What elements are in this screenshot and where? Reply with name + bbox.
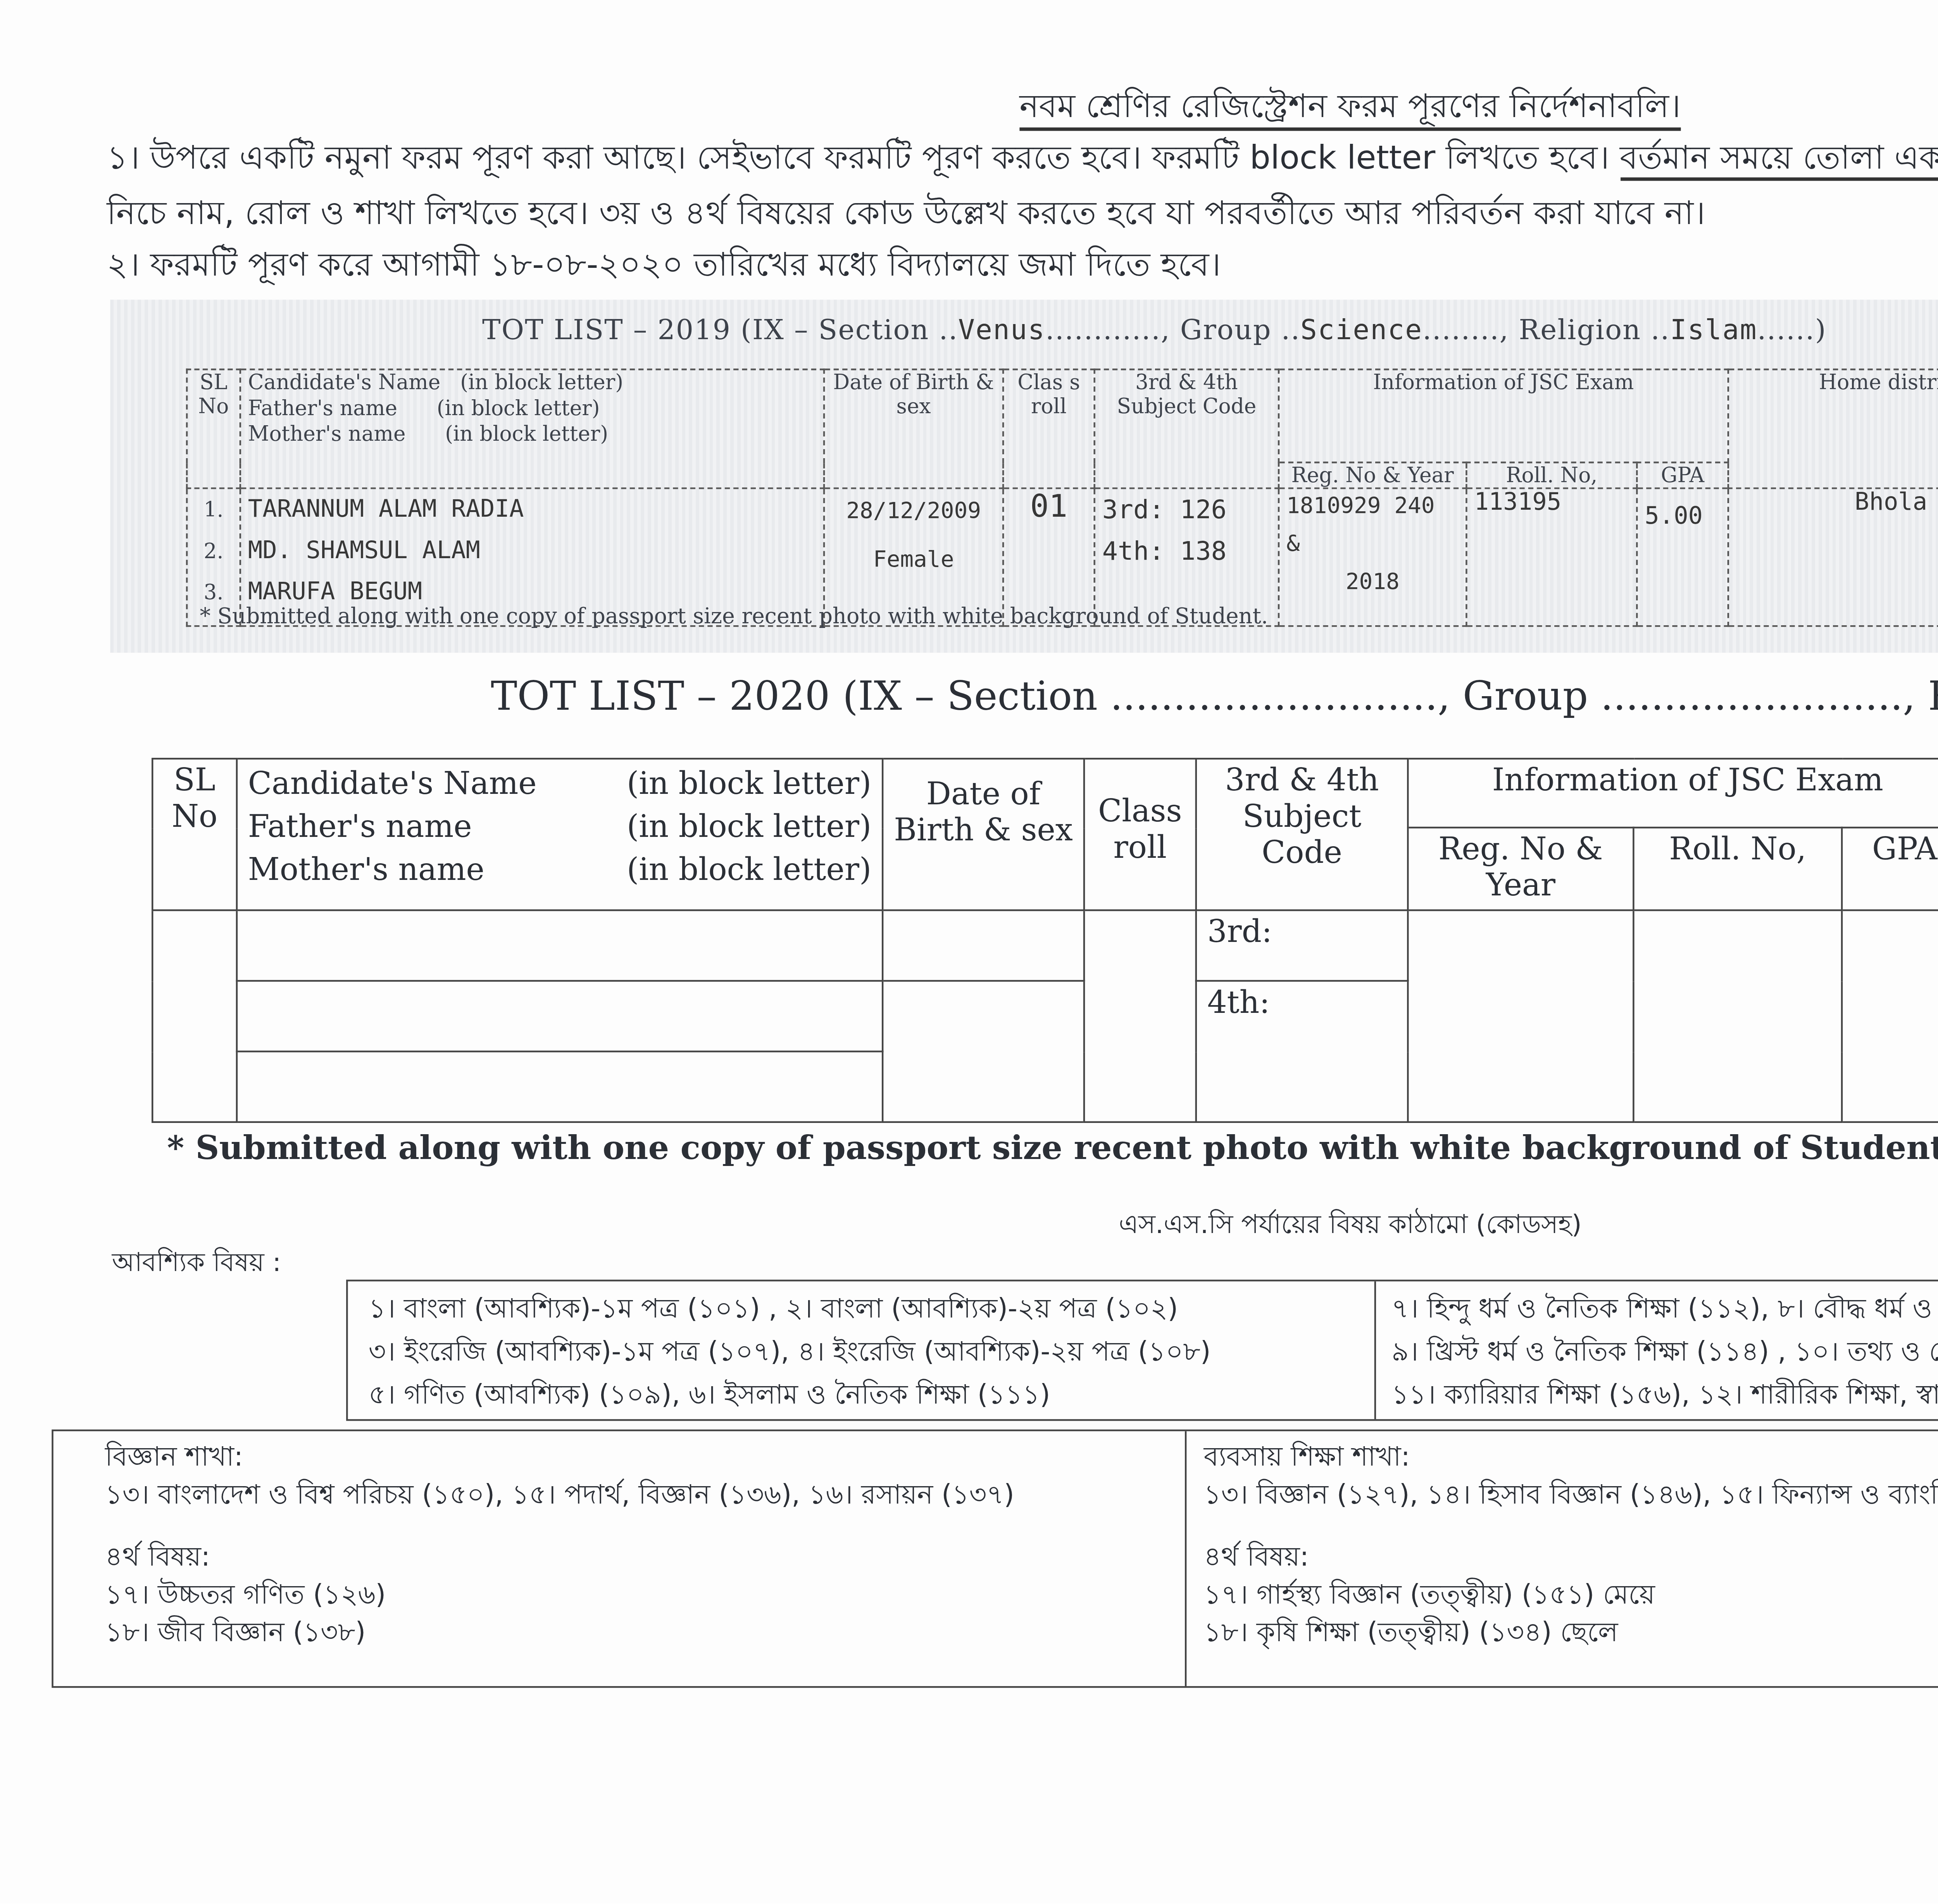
ssc-structure-title: এস.এস.সি পর্যায়ের বিষয় কাঠামো (কোডসহ) bbox=[0, 1206, 1938, 1249]
branch-subjects-box: বিজ্ঞান শাখা: ১৩। বাংলাদেশ ও বিশ্ব পরিচয… bbox=[52, 1430, 1938, 1688]
subject-line: ১১। ক্যারিয়ার শিক্ষা (১৫৬), ১২। শারীরিক… bbox=[1391, 1375, 1938, 1418]
jsc-roll-value: 113195 bbox=[1466, 488, 1637, 626]
col-jsc: Information of JSC Exam bbox=[1408, 759, 1938, 828]
sample-table: SL No Candidate's Name (in block letter)… bbox=[186, 369, 1938, 627]
business-branch-label: ব্যবসায় শিক্ষা শাখা: bbox=[1204, 1438, 1938, 1476]
column-divider bbox=[1374, 1281, 1376, 1419]
business-fourth-label: ৪র্থ বিষয়: bbox=[1204, 1538, 1938, 1576]
section-value: Venus bbox=[958, 314, 1045, 346]
gpa-input[interactable] bbox=[1842, 910, 1938, 1122]
fourth-subject-value: 4th: 138 bbox=[1102, 531, 1271, 572]
candidate-name: TARANNUM ALAM RADIA bbox=[248, 489, 816, 531]
col-note: (in block letter) bbox=[627, 849, 871, 892]
document-page: নবম শ্রেণির রেজিস্ট্রেশন ফরম পূরণের নির্… bbox=[0, 0, 1938, 1903]
compulsory-label: আবশ্যিক বিষয় : bbox=[112, 1243, 281, 1287]
reg-input[interactable] bbox=[1408, 910, 1633, 1122]
science-branch: বিজ্ঞান শাখা: ১৩। বাংলাদেশ ও বিশ্ব পরিচয… bbox=[105, 1438, 1014, 1652]
fourth-subject-input[interactable]: 4th: bbox=[1196, 981, 1408, 1122]
sex-input[interactable] bbox=[883, 981, 1084, 1122]
father-name-input[interactable] bbox=[237, 981, 883, 1051]
col-note: (in block letter) bbox=[627, 763, 871, 806]
subject-line: ১৮। কৃষি শিক্ষা (তত্ত্বীয়) (১৩৪) ছেলে bbox=[1204, 1614, 1938, 1652]
sample-footnote: * Submitted along with one copy of passp… bbox=[200, 603, 1268, 629]
col-district: Home district bbox=[1728, 369, 1938, 488]
group-value: Science bbox=[1300, 314, 1422, 346]
subject-line: ১৭। গার্হস্থ্য বিজ্ঞান (তত্ত্বীয়) (১৫১)… bbox=[1204, 1576, 1938, 1614]
third-subject-input[interactable]: 3rd: bbox=[1196, 910, 1408, 981]
district-value: Bhola bbox=[1728, 488, 1938, 626]
science-branch-label: বিজ্ঞান শাখা: bbox=[105, 1438, 1014, 1476]
form-2020-header: TOT LIST – 2020 (IX – Section ..........… bbox=[491, 675, 1938, 720]
instruction-line-2: নিচে নাম, রোল ও শাখা লিখতে হবে। ৩য় ও ৪র… bbox=[107, 188, 1705, 241]
col-gpa: GPA bbox=[1842, 828, 1938, 910]
col-dob: Date of Birth & sex bbox=[883, 759, 1084, 910]
col-gpa: GPA bbox=[1637, 462, 1728, 488]
instruction-line-1: ১। উপরে একটি নমুনা ফরম পূরণ করা আছে। সেই… bbox=[107, 133, 1938, 186]
row-num: 1. bbox=[195, 489, 233, 531]
subject-line: ৯। খ্রিস্ট ধর্ম ও নৈতিক শিক্ষা (১১৪) , ১… bbox=[1391, 1331, 1938, 1375]
religion-value: Islam bbox=[1670, 314, 1757, 346]
subject-line: ১। বাংলা (আবশ্যিক)-১ম পত্র (১০১) , ২। বা… bbox=[369, 1288, 1211, 1331]
candidate-name-input[interactable] bbox=[237, 910, 883, 981]
header-text: ............, Group .. bbox=[1045, 314, 1300, 346]
header-text: ........, Religion .. bbox=[1422, 314, 1670, 346]
col-dob: Date of Birth & sex bbox=[824, 369, 1003, 488]
instruction-line-3: ২। ফরমটি পূরণ করে আগামী ১৮-০৮-২০২০ তারিখ… bbox=[107, 240, 1221, 293]
reg-value: 1810929 240 & bbox=[1286, 489, 1459, 565]
compulsory-left-column: ১। বাংলা (আবশ্যিক)-১ম পত্র (১০১) , ২। বা… bbox=[369, 1288, 1211, 1418]
title-text: নবম শ্রেণির রেজিস্ট্রেশন ফরম পূরণের নির্… bbox=[1019, 88, 1681, 131]
column-divider bbox=[1185, 1431, 1186, 1686]
mother-name-input[interactable] bbox=[237, 1052, 883, 1122]
instruction-underlined: বর্তমান সময়ে তোলা এক (১) কপি ছবি দিতে হ… bbox=[1620, 140, 1938, 181]
subject-line: ১৭। উচ্চতর গণিত (১২৬) bbox=[105, 1576, 1014, 1614]
page-title: নবম শ্রেণির রেজিস্ট্রেশন ফরম পূরণের নির্… bbox=[0, 83, 1938, 138]
dob-input[interactable] bbox=[883, 910, 1084, 981]
col-subject: 3rd & 4th Subject Code bbox=[1196, 759, 1408, 910]
col-jsc: Information of JSC Exam bbox=[1279, 369, 1728, 462]
business-branch: ব্যবসায় শিক্ষা শাখা: ১৩। বিজ্ঞান (১২৭),… bbox=[1204, 1438, 1938, 1652]
sex-value: Female bbox=[832, 537, 995, 585]
col-sl: SL No bbox=[152, 759, 237, 910]
col-subject: 3rd & 4th Subject Code bbox=[1095, 369, 1279, 488]
col-reg: Reg. No & Year bbox=[1279, 462, 1466, 488]
col-name-mother: Mother's name (in block letter) bbox=[248, 422, 816, 448]
science-subjects: ১৩। বাংলাদেশ ও বিশ্ব পরিচয় (১৫০), ১৫। প… bbox=[105, 1476, 1014, 1514]
father-name: MD. SHAMSUL ALAM bbox=[248, 531, 816, 572]
col-note: (in block letter) bbox=[627, 806, 871, 849]
dob-value: 28/12/2009 bbox=[832, 489, 995, 537]
col-name-father: Father's name (in block letter) bbox=[248, 396, 816, 422]
subject-line: ৩। ইংরেজি (আবশ্যিক)-১ম পত্র (১০৭), ৪। ইং… bbox=[369, 1331, 1211, 1375]
row-num: 2. bbox=[195, 531, 233, 572]
col-reg: Reg. No & Year bbox=[1408, 828, 1633, 910]
science-fourth-label: ৪র্থ বিষয়: bbox=[105, 1538, 1014, 1576]
gpa-value: 5.00 bbox=[1637, 488, 1728, 626]
col-jsc-roll: Roll. No, bbox=[1633, 828, 1842, 910]
col-roll: Class roll bbox=[1084, 759, 1196, 910]
col-candidate: Candidate's Name bbox=[248, 763, 537, 806]
third-subject-value: 3rd: 126 bbox=[1102, 489, 1271, 531]
subject-line: ৭। হিন্দু ধর্ম ও নৈতিক শিক্ষা (১১২), ৮। … bbox=[1391, 1288, 1938, 1331]
sample-header: TOT LIST – 2019 (IX – Section ..Venus...… bbox=[482, 314, 1827, 346]
col-father: Father's name bbox=[248, 806, 472, 849]
subject-line: ৫। গণিত (আবশ্যিক) (১০৯), ৬। ইসলাম ও নৈতি… bbox=[369, 1375, 1211, 1418]
col-jsc-roll: Roll. No, bbox=[1466, 462, 1637, 488]
col-sl: SL No bbox=[187, 369, 240, 488]
instruction-text: ১। উপরে একটি নমুনা ফরম পূরণ করা আছে। সেই… bbox=[107, 140, 1619, 178]
reg-year-value: 2018 bbox=[1286, 565, 1459, 603]
header-text: TOT LIST – 2019 (IX – Section .. bbox=[482, 314, 958, 346]
col-names: Candidate's Name(in block letter) Father… bbox=[237, 759, 883, 910]
sample-form-2019: TOT LIST – 2019 (IX – Section ..Venus...… bbox=[110, 300, 1938, 653]
sl-input[interactable] bbox=[152, 910, 237, 1122]
business-subjects: ১৩। বিজ্ঞান (১২৭), ১৪। হিসাব বিজ্ঞান (১৪… bbox=[1204, 1476, 1938, 1514]
header-text: ......) bbox=[1757, 314, 1827, 346]
compulsory-right-column: ৭। হিন্দু ধর্ম ও নৈতিক শিক্ষা (১১২), ৮। … bbox=[1391, 1288, 1938, 1418]
subject-line: ১৮। জীব বিজ্ঞান (১৩৮) bbox=[105, 1614, 1014, 1652]
col-name-candidate: Candidate's Name (in block letter) bbox=[248, 370, 816, 396]
form-2020-footnote: * Submitted along with one copy of passp… bbox=[167, 1130, 1938, 1168]
class-roll-input[interactable] bbox=[1084, 910, 1196, 1122]
form-2020-table: SL No Candidate's Name(in block letter) … bbox=[152, 758, 1938, 1123]
col-mother: Mother's name bbox=[248, 849, 484, 892]
col-names: Candidate's Name (in block letter)Father… bbox=[240, 369, 824, 488]
compulsory-subjects-box: ১। বাংলা (আবশ্যিক)-১ম পত্র (১০১) , ২। বা… bbox=[346, 1280, 1938, 1421]
jsc-roll-input[interactable] bbox=[1633, 910, 1842, 1122]
col-roll: Clas s roll bbox=[1003, 369, 1094, 488]
